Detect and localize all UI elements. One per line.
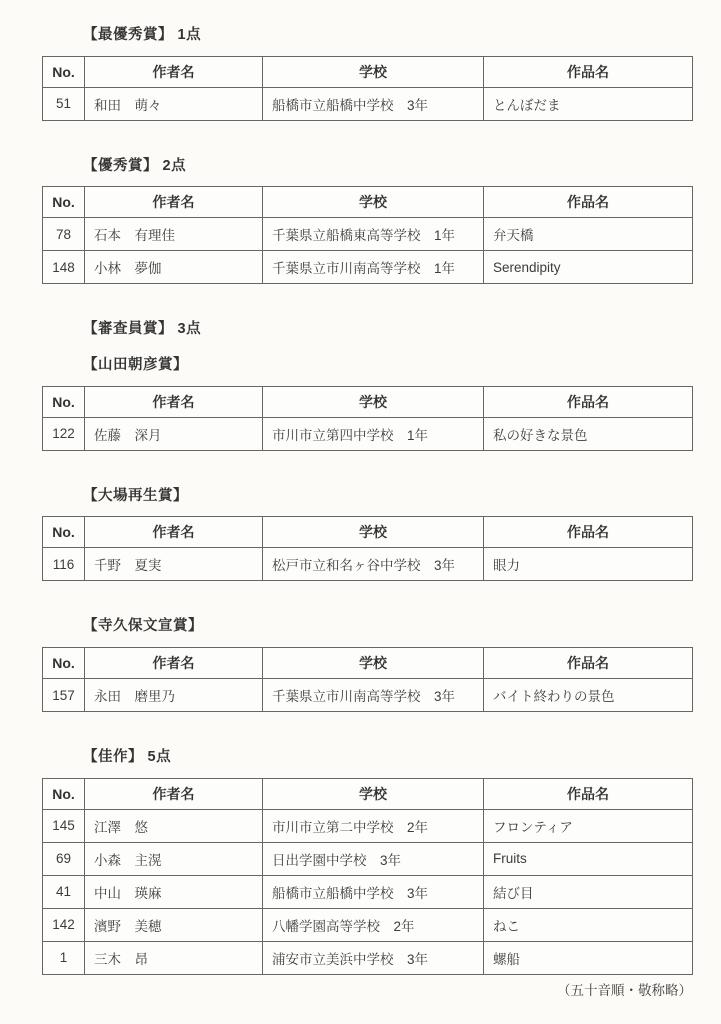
column-header-school: 学校 bbox=[263, 187, 484, 218]
column-header-worktitle: 作品名 bbox=[484, 187, 693, 218]
award-table-oba-prize: No. 作者名 学校 作品名 116 千野 夏実 松戸市立和名ヶ谷中学校 3年 … bbox=[42, 516, 693, 581]
cell-worktitle: バイト終わりの景色 bbox=[484, 679, 693, 712]
cell-author: 和田 萌々 bbox=[85, 87, 263, 120]
section-title-judges-prize: 【審査員賞】 3点 bbox=[83, 321, 692, 338]
cell-no: 148 bbox=[43, 251, 85, 284]
table-row: 142 濱野 美穂 八幡学園高等学校 2年 ねこ bbox=[43, 908, 693, 941]
section-grand-prize: 【最優秀賞】 1点 No. 作者名 学校 作品名 51 和田 萌々 船橋市立船橋… bbox=[42, 27, 692, 121]
cell-school: 日出学園中学校 3年 bbox=[263, 842, 484, 875]
cell-school: 松戸市立和名ヶ谷中学校 3年 bbox=[263, 548, 484, 581]
section-subtitle-yamada-prize: 【山田朝彦賞】 bbox=[83, 357, 692, 374]
cell-school: 千葉県立船橋東高等学校 1年 bbox=[263, 218, 484, 251]
cell-author: 濱野 美穂 bbox=[85, 908, 263, 941]
column-header-worktitle: 作品名 bbox=[484, 517, 693, 548]
section-honorable-mention: 【佳作】 5点 No. 作者名 学校 作品名 145 江澤 悠 市川市立第二中学… bbox=[42, 749, 692, 975]
column-header-no: No. bbox=[43, 778, 85, 809]
table-row: 41 中山 瑛麻 船橋市立船橋中学校 3年 結び目 bbox=[43, 875, 693, 908]
cell-worktitle: とんぼだま bbox=[484, 87, 693, 120]
cell-author: 小林 夢伽 bbox=[85, 251, 263, 284]
section-title-honorable-mention: 【佳作】 5点 bbox=[83, 749, 692, 766]
table-header-row: No. 作者名 学校 作品名 bbox=[43, 517, 693, 548]
section-title-excellence-prize: 【優秀賞】 2点 bbox=[83, 158, 692, 175]
section-title-oba-prize: 【大場再生賞】 bbox=[83, 488, 692, 505]
cell-worktitle: 私の好きな景色 bbox=[484, 417, 693, 450]
cell-author: 佐藤 深月 bbox=[85, 417, 263, 450]
cell-no: 122 bbox=[43, 417, 85, 450]
column-header-school: 学校 bbox=[263, 386, 484, 417]
cell-school: 千葉県立市川南高等学校 3年 bbox=[263, 679, 484, 712]
cell-worktitle: 結び目 bbox=[484, 875, 693, 908]
cell-no: 51 bbox=[43, 87, 85, 120]
column-header-no: No. bbox=[43, 517, 85, 548]
table-row: 157 永田 磨里乃 千葉県立市川南高等学校 3年 バイト終わりの景色 bbox=[43, 679, 693, 712]
table-header-row: No. 作者名 学校 作品名 bbox=[43, 187, 693, 218]
column-header-no: No. bbox=[43, 386, 85, 417]
section-judges-prize-oba: 【大場再生賞】 No. 作者名 学校 作品名 116 千野 夏実 松戸市立和名ヶ… bbox=[42, 488, 692, 582]
award-table-honorable-mention: No. 作者名 学校 作品名 145 江澤 悠 市川市立第二中学校 2年 フロン… bbox=[42, 778, 693, 975]
column-header-school: 学校 bbox=[263, 778, 484, 809]
cell-school: 船橋市立船橋中学校 3年 bbox=[263, 87, 484, 120]
column-header-author: 作者名 bbox=[85, 517, 263, 548]
column-header-no: No. bbox=[43, 56, 85, 87]
column-header-school: 学校 bbox=[263, 648, 484, 679]
section-judges-prize-yamada: 【審査員賞】 3点 【山田朝彦賞】 No. 作者名 学校 作品名 122 佐藤 … bbox=[42, 321, 692, 450]
table-row: 116 千野 夏実 松戸市立和名ヶ谷中学校 3年 眼力 bbox=[43, 548, 693, 581]
cell-worktitle: Serendipity bbox=[484, 251, 693, 284]
table-row: 69 小森 主滉 日出学園中学校 3年 Fruits bbox=[43, 842, 693, 875]
cell-no: 1 bbox=[43, 941, 85, 974]
table-row: 148 小林 夢伽 千葉県立市川南高等学校 1年 Serendipity bbox=[43, 251, 693, 284]
column-header-worktitle: 作品名 bbox=[484, 386, 693, 417]
award-table-yamada-prize: No. 作者名 学校 作品名 122 佐藤 深月 市川市立第四中学校 1年 私の… bbox=[42, 386, 693, 451]
scanned-award-results-page: 【最優秀賞】 1点 No. 作者名 学校 作品名 51 和田 萌々 船橋市立船橋… bbox=[0, 0, 721, 1024]
column-header-author: 作者名 bbox=[85, 778, 263, 809]
column-header-school: 学校 bbox=[263, 56, 484, 87]
column-header-author: 作者名 bbox=[85, 187, 263, 218]
column-header-worktitle: 作品名 bbox=[484, 648, 693, 679]
cell-worktitle: 螺船 bbox=[484, 941, 693, 974]
cell-no: 145 bbox=[43, 809, 85, 842]
table-header-row: No. 作者名 学校 作品名 bbox=[43, 56, 693, 87]
section-judges-prize-terakubo: 【寺久保文宣賞】 No. 作者名 学校 作品名 157 永田 磨里乃 千葉県立市… bbox=[42, 618, 692, 712]
cell-school: 船橋市立船橋中学校 3年 bbox=[263, 875, 484, 908]
cell-no: 41 bbox=[43, 875, 85, 908]
cell-worktitle: 眼力 bbox=[484, 548, 693, 581]
cell-no: 142 bbox=[43, 908, 85, 941]
cell-no: 78 bbox=[43, 218, 85, 251]
cell-worktitle: フロンティア bbox=[484, 809, 693, 842]
table-row: 78 石本 有理佳 千葉県立船橋東高等学校 1年 弁天橋 bbox=[43, 218, 693, 251]
cell-author: 小森 主滉 bbox=[85, 842, 263, 875]
table-row: 122 佐藤 深月 市川市立第四中学校 1年 私の好きな景色 bbox=[43, 417, 693, 450]
column-header-author: 作者名 bbox=[85, 56, 263, 87]
table-header-row: No. 作者名 学校 作品名 bbox=[43, 778, 693, 809]
cell-school: 市川市立第二中学校 2年 bbox=[263, 809, 484, 842]
table-row: 145 江澤 悠 市川市立第二中学校 2年 フロンティア bbox=[43, 809, 693, 842]
table-header-row: No. 作者名 学校 作品名 bbox=[43, 648, 693, 679]
cell-author: 江澤 悠 bbox=[85, 809, 263, 842]
cell-no: 116 bbox=[43, 548, 85, 581]
table-row: 1 三木 昂 浦安市立美浜中学校 3年 螺船 bbox=[43, 941, 693, 974]
column-header-worktitle: 作品名 bbox=[484, 778, 693, 809]
column-header-author: 作者名 bbox=[85, 648, 263, 679]
column-header-no: No. bbox=[43, 648, 85, 679]
cell-school: 市川市立第四中学校 1年 bbox=[263, 417, 484, 450]
cell-school: 浦安市立美浜中学校 3年 bbox=[263, 941, 484, 974]
cell-worktitle: 弁天橋 bbox=[484, 218, 693, 251]
award-table-grand-prize: No. 作者名 学校 作品名 51 和田 萌々 船橋市立船橋中学校 3年 とんぼ… bbox=[42, 56, 693, 121]
footer-note-alphabetical-order: （五十音順・敬称略） bbox=[42, 979, 692, 999]
cell-school: 千葉県立市川南高等学校 1年 bbox=[263, 251, 484, 284]
cell-worktitle: ねこ bbox=[484, 908, 693, 941]
award-table-excellence-prize: No. 作者名 学校 作品名 78 石本 有理佳 千葉県立船橋東高等学校 1年 … bbox=[42, 186, 693, 284]
column-header-no: No. bbox=[43, 187, 85, 218]
section-title-terakubo-prize: 【寺久保文宣賞】 bbox=[83, 618, 692, 635]
cell-author: 永田 磨里乃 bbox=[85, 679, 263, 712]
award-table-terakubo-prize: No. 作者名 学校 作品名 157 永田 磨里乃 千葉県立市川南高等学校 3年… bbox=[42, 647, 693, 712]
cell-author: 千野 夏実 bbox=[85, 548, 263, 581]
table-row: 51 和田 萌々 船橋市立船橋中学校 3年 とんぼだま bbox=[43, 87, 693, 120]
column-header-school: 学校 bbox=[263, 517, 484, 548]
cell-author: 中山 瑛麻 bbox=[85, 875, 263, 908]
cell-author: 三木 昂 bbox=[85, 941, 263, 974]
cell-worktitle: Fruits bbox=[484, 842, 693, 875]
cell-no: 69 bbox=[43, 842, 85, 875]
section-excellence-prize: 【優秀賞】 2点 No. 作者名 学校 作品名 78 石本 有理佳 千葉県立船橋… bbox=[42, 158, 692, 285]
section-title-grand-prize: 【最優秀賞】 1点 bbox=[83, 27, 692, 44]
column-header-author: 作者名 bbox=[85, 386, 263, 417]
table-header-row: No. 作者名 学校 作品名 bbox=[43, 386, 693, 417]
cell-school: 八幡学園高等学校 2年 bbox=[263, 908, 484, 941]
cell-no: 157 bbox=[43, 679, 85, 712]
cell-author: 石本 有理佳 bbox=[85, 218, 263, 251]
column-header-worktitle: 作品名 bbox=[484, 56, 693, 87]
